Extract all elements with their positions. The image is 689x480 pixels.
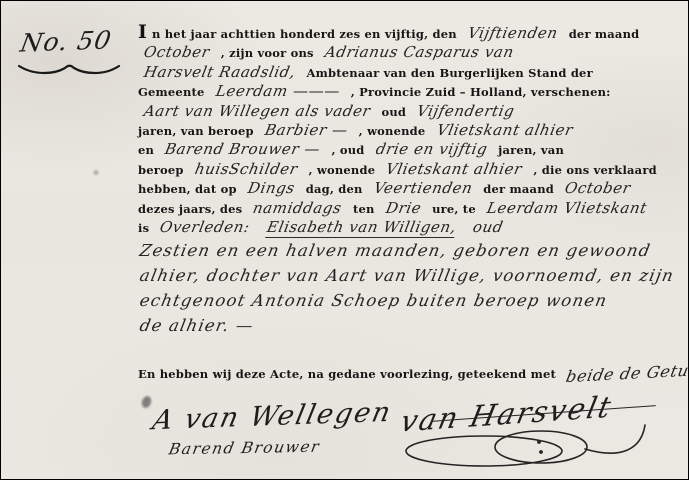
- printed-form-text: dag, den: [306, 182, 363, 196]
- ink-blot: [94, 170, 98, 175]
- handwritten-entry: Aart van Willegen als vader: [142, 102, 372, 120]
- printed-form-text: der maand: [483, 182, 554, 196]
- printed-form-text: beroep: [138, 163, 184, 177]
- printed-form-text: , wonende: [308, 163, 375, 177]
- act-text-line: en Barend Brouwer — , oud drie en vijfti…: [138, 140, 668, 159]
- handwritten-entry: Vlietskant alhier: [385, 160, 525, 178]
- handwritten-entry: Overleden:: [159, 218, 252, 236]
- handwritten-entry: Zestien en een halven maanden, geboren e…: [138, 238, 654, 263]
- act-text-line: jaren, van beroep Barbier — , wonende Vl…: [138, 121, 668, 140]
- handwritten-entry: October: [142, 43, 211, 61]
- closing-statement: En hebben wij deze Acte, na gedane voorl…: [138, 364, 678, 383]
- act-text-line: beroep huisSchilder , wonende Vlietskant…: [138, 160, 668, 179]
- handwritten-entry: beide de Getuigen: [564, 360, 689, 387]
- act-text-line: echtgenoot Antonia Schoep buiten beroep …: [138, 288, 668, 313]
- handwritten-entry: Vijfendertig: [415, 102, 516, 120]
- handwritten-entry: Vlietskant alhier: [435, 121, 575, 139]
- death-certificate-page: No. 50 I n het jaar achttien honderd zes…: [0, 0, 689, 480]
- handwritten-entry: October: [563, 179, 632, 197]
- handwritten-entry: Leerdam ———: [214, 82, 342, 100]
- handwritten-entry: namiddags: [252, 199, 344, 217]
- printed-form-text: hebben, dat op: [138, 182, 237, 196]
- act-text-line: Harsvelt Raadslid, Ambtenaar van den Bur…: [138, 63, 668, 82]
- signature-witness-willegen: A van Wellegen: [150, 397, 395, 437]
- act-text-line: October , zijn voor ons Adrianus Casparu…: [138, 43, 668, 62]
- handwritten-entry: Harsvelt Raadslid,: [142, 63, 297, 81]
- printed-form-text: , wonende: [359, 124, 426, 138]
- printed-form-text: dezes jaars, des: [138, 202, 242, 216]
- handwritten-entry: oud: [471, 218, 505, 236]
- printed-form-text: , die ons verklaard: [533, 163, 656, 177]
- handwritten-entry: de alhier. —: [138, 313, 257, 338]
- act-text-line: de alhier. —: [138, 313, 668, 338]
- act-text-line: hebben, dat op Dings dag, den Veertiende…: [138, 179, 668, 198]
- act-text-line: En hebben wij deze Acte, na gedane voorl…: [138, 364, 678, 383]
- act-text-line: dezes jaars, des namiddags ten Drie ure,…: [138, 199, 668, 218]
- printed-form-text: En hebben wij deze Acte, na gedane voorl…: [138, 367, 556, 381]
- ink-blot: [140, 395, 153, 409]
- act-text-line: I n het jaar achttien honderd zes en vij…: [138, 23, 668, 43]
- printed-form-text: Ambtenaar van den Burgerlijken Stand der: [307, 66, 593, 80]
- printed-form-text: ure, te: [432, 202, 476, 216]
- handwritten-entry: Leerdam Vlietskant: [485, 199, 649, 217]
- act-number: No. 50: [18, 25, 114, 57]
- handwritten-entry: Drie: [384, 199, 423, 217]
- printed-form-text: jaren, van: [498, 143, 564, 157]
- signature-witness-brouwer: Barend Brouwer: [167, 438, 322, 459]
- act-text-line: alhier, dochter van Aart van Willige, vo…: [138, 263, 668, 288]
- handwritten-entry: Vijftienden: [466, 24, 559, 42]
- printed-form-text: oud: [381, 105, 406, 119]
- act-text-line: Gemeente Leerdam ——— , Provincie Zuid – …: [138, 82, 668, 101]
- printed-form-text: , Provincie Zuid – Holland, verschenen:: [351, 85, 611, 99]
- handwritten-entry: Veertienden: [372, 179, 474, 197]
- printed-form-text: der maand: [569, 27, 640, 41]
- handwritten-entry: huisSchilder: [193, 160, 299, 178]
- handwritten-entry: alhier, dochter van Aart van Willige, vo…: [138, 263, 677, 288]
- handwritten-entry: drie en vijftig: [374, 140, 489, 158]
- handwritten-entry: Barend Brouwer —: [163, 140, 322, 158]
- act-body-text: I n het jaar achttien honderd zes en vij…: [138, 23, 668, 338]
- handwritten-entry: Adrianus Casparus van: [323, 43, 515, 61]
- act-number-flourish-icon: [17, 61, 121, 77]
- printed-form-text: n het jaar achttien honderd zes en vijft…: [152, 27, 457, 41]
- act-text-line: Zestien en een halven maanden, geboren e…: [138, 238, 668, 263]
- act-text-line: is Overleden: Elisabeth van Willigen, ou…: [138, 218, 668, 238]
- printed-form-text: ten: [353, 202, 375, 216]
- printed-form-text: jaren, van beroep: [138, 124, 254, 138]
- printed-form-text: , zijn voor ons: [221, 46, 314, 60]
- printed-form-text: en: [138, 143, 154, 157]
- signature-loop-flourish-icon: [389, 421, 649, 476]
- handwritten-entry: Dings: [246, 179, 296, 197]
- handwritten-entry: Barbier —: [263, 121, 349, 139]
- handwritten-entry: echtgenoot Antonia Schoep buiten beroep …: [138, 288, 610, 313]
- printed-form-text: I: [138, 21, 147, 43]
- act-text-line: Aart van Willegen als vader oud Vijfende…: [138, 102, 668, 121]
- handwritten-entry: Elisabeth van Willigen,: [265, 218, 458, 238]
- printed-form-text: Gemeente: [138, 85, 205, 99]
- printed-form-text: , oud: [331, 143, 364, 157]
- printed-form-text: is: [138, 221, 149, 235]
